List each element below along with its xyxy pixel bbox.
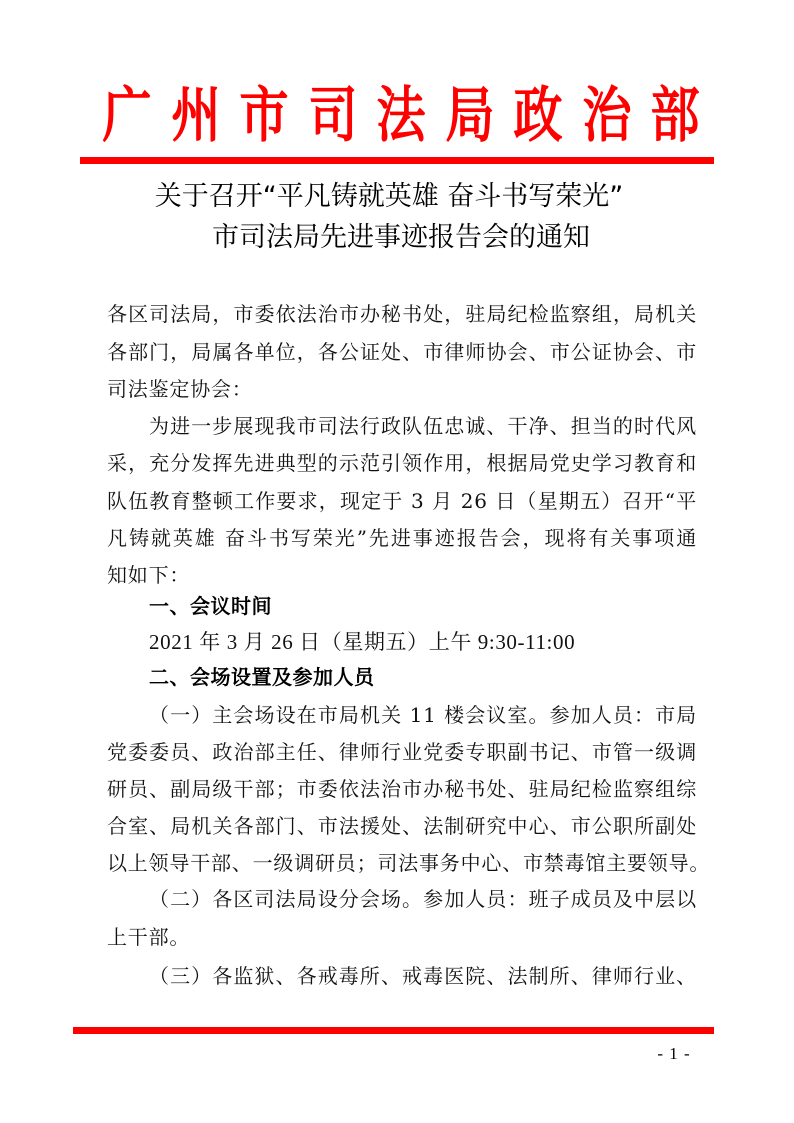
intro-line: 队伍教育整顿工作要求，现定于 3 月 26 日（星期五）召开“平 — [107, 489, 697, 513]
masthead-char: 州 — [170, 82, 221, 150]
document-title-line-2: 市司法局先进事迹报告会的通知 — [4, 222, 794, 254]
addressee-line: 司法鉴定协会： — [107, 377, 697, 401]
masthead-org-name: 广 州 市 司 法 局 政 治 部 — [96, 82, 706, 150]
item-main-venue-line: 合室、局机关各部门、市法援处、法制研究中心、市公职所副处 — [107, 814, 697, 838]
intro-line: 为进一步展现我市司法行政队伍忠诚、干净、担当的时代风 — [149, 414, 697, 438]
intro-line: 采，充分发挥先进典型的示范引领作用，根据局党史学习教育和 — [107, 451, 697, 475]
masthead-red-rule — [80, 157, 714, 164]
item-main-venue-line: 以上领导干部、一级调研员；司法事务中心、市禁毒馆主要领导。 — [107, 851, 697, 875]
addressee-line: 各部门，局属各单位，各公证处、市律师协会、市公证协会、市 — [107, 340, 697, 364]
intro-line: 知如下： — [107, 563, 697, 587]
item-main-venue-line: （一）主会场设在市局机关 11 楼会议室。参加人员：市局 — [149, 703, 697, 727]
masthead-char: 治 — [581, 82, 632, 150]
intro-line: 凡铸就英雄 奋斗书写荣光”先进事迹报告会，现将有关事项通 — [107, 526, 697, 550]
item-branch-venue-line: 上干部。 — [107, 925, 697, 949]
footer-red-rule — [73, 1027, 714, 1034]
masthead-char: 局 — [444, 82, 495, 150]
masthead-char: 广 — [102, 82, 153, 150]
item-main-venue-line: 党委委员、政治部主任、律师行业党委专职副书记、市管一级调 — [107, 740, 697, 764]
section-heading-venue-attendees: 二、会场设置及参加人员 — [149, 665, 375, 689]
item-other-units-line: （三）各监狱、各戒毒所、戒毒医院、法制所、律师行业、 — [149, 964, 697, 988]
masthead-char: 部 — [650, 82, 701, 150]
masthead-char: 法 — [376, 82, 427, 150]
masthead-char: 司 — [307, 82, 358, 150]
section-heading-meeting-time: 一、会议时间 — [149, 594, 272, 618]
item-branch-venue-line: （二）各区司法局设分会场。参加人员：班子成员及中层以 — [149, 887, 697, 911]
item-main-venue-line: 研员、副局级干部；市委依法治市办秘书处、驻局纪检监察组综 — [107, 777, 697, 801]
page-number: - 1 - — [644, 1043, 704, 1065]
meeting-time-value: 2021 年 3 月 26 日（星期五）上午 9:30-11:00 — [149, 630, 575, 654]
document-title-line-1: 关于召开“平凡铸就英雄 奋斗书写荣光” — [0, 181, 786, 213]
masthead-char: 市 — [239, 82, 290, 150]
masthead-char: 政 — [513, 82, 564, 150]
addressee-line: 各区司法局，市委依法治市办秘书处，驻局纪检监察组，局机关 — [107, 302, 697, 326]
